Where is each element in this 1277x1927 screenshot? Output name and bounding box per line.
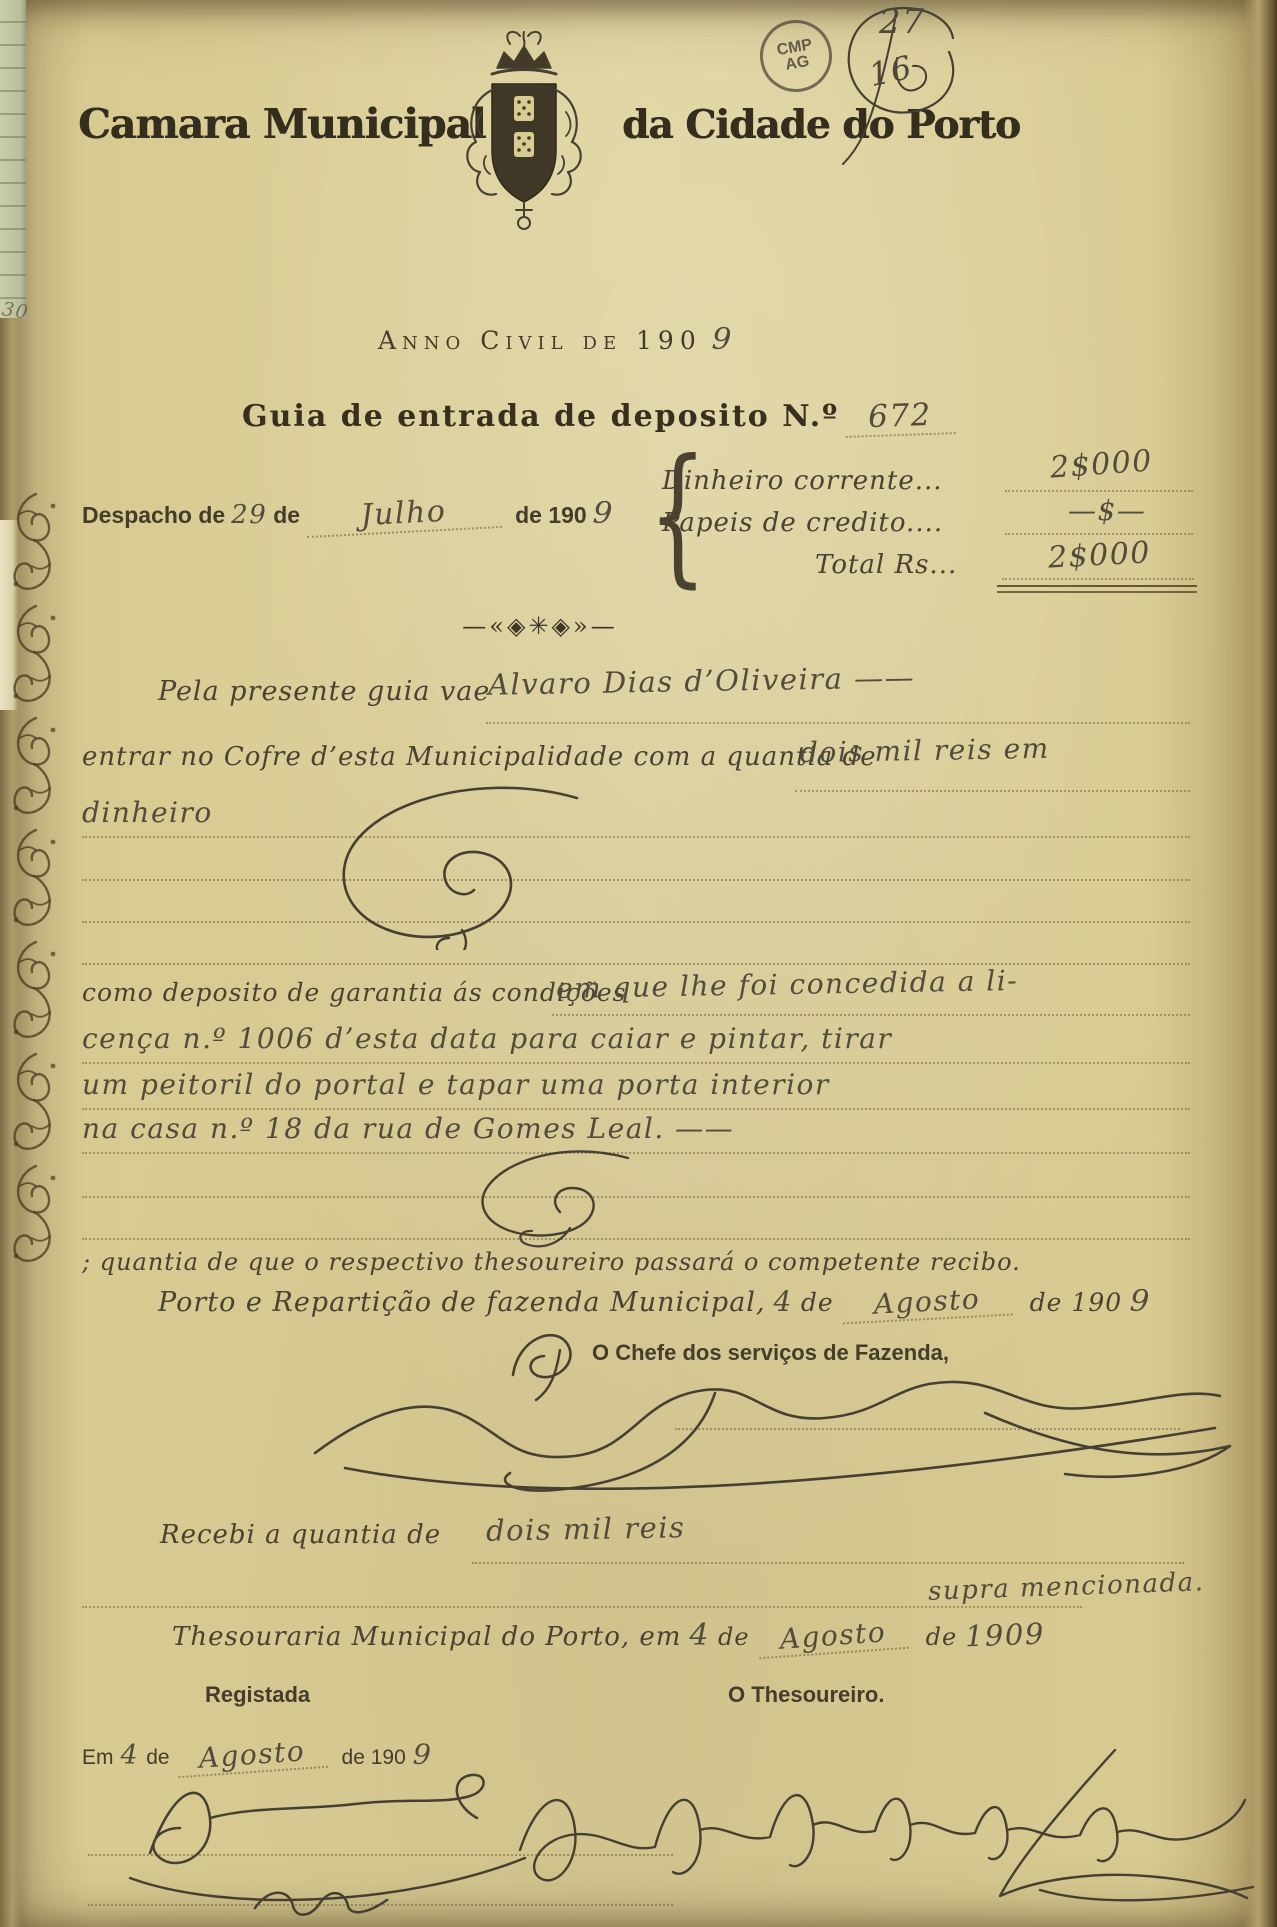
p1-printed-1: Pela presente guia vae (158, 676, 490, 707)
closing-flourish-1 (322, 780, 592, 950)
amount-label-dinheiro: Dinheiro corrente... (662, 466, 943, 496)
p2-dotted-line-3 (82, 1108, 1190, 1110)
p1-dotted-line-1 (486, 722, 1190, 724)
despacho-month-handwritten: Julho (305, 491, 502, 538)
chefe-label: O Chefe dos serviços de Fazenda, (592, 1340, 949, 1366)
amount-dotted-line-1 (1005, 490, 1193, 492)
scanned-document-page: 30 Camara Municipal (0, 0, 1277, 1927)
p1-amount2-handwritten: dinheiro (82, 796, 213, 829)
amount-value-dinheiro-handwritten: 2$000 (1049, 443, 1154, 485)
long-dotted-line (82, 1606, 1082, 1608)
blank-dotted-line-2 (82, 879, 1190, 881)
p1-amount-handwritten: dois mil reis em (800, 732, 1050, 769)
anno-civil-line: Anno Civil de 190 9 (378, 322, 732, 357)
thesouraria-month-handwritten: Agosto (757, 1614, 909, 1659)
place-date-year-handwritten: 9 (1129, 1283, 1152, 1319)
p2-hand-line-4: na casa n.º 18 da rua de Gomes Leal. —— (82, 1112, 734, 1145)
closing-sentence: ; quantia de que o respectivo thesoureir… (82, 1248, 1021, 1276)
place-date-day-handwritten: 4 (774, 1285, 793, 1318)
blank-dotted-line-3 (82, 921, 1190, 923)
place-date-line: Porto e Repartição de fazenda Municipal,… (158, 1284, 1151, 1320)
thesouraria-de-word: de (926, 1623, 958, 1651)
despacho-de190: de 190 (515, 502, 587, 529)
thesouraria-de: de (718, 1623, 750, 1651)
p2-hand-line-3: um peitoril do portal e tapar uma porta … (82, 1068, 830, 1101)
treasurer-signature (495, 1730, 1270, 1920)
place-date-de190: de 190 (1030, 1288, 1122, 1317)
p1-dotted-line-2 (795, 790, 1190, 792)
anno-civil-year-handwritten: 9 (711, 321, 734, 357)
registada-signature (105, 1758, 545, 1923)
despacho-de: de (273, 502, 300, 529)
supra-mencionada-handwritten: supra mencionada. (928, 1567, 1205, 1607)
header-title-left: Camara Municipal (78, 100, 486, 148)
amount-label-papeis: Papeis de credito.... (662, 508, 943, 538)
place-date-de: de (801, 1288, 834, 1317)
p2-printed: como deposito de garantia ás condições (82, 978, 627, 1007)
p2-dotted-line-2 (82, 1062, 1190, 1064)
thesouraria-day-handwritten: 4 (689, 1618, 710, 1653)
despacho-line: Despacho de 29 de Julho de 190 9 (82, 496, 613, 533)
amount-value-total-handwritten: 2$000 (1047, 535, 1152, 575)
guia-number-handwritten: 672 (845, 396, 956, 438)
p2-hand-line-1: em que lhe foi concedida a li- (556, 964, 1019, 1005)
floral-border-ornament-icon (4, 488, 62, 1278)
thesouraria-year-handwritten: 1909 (965, 1617, 1046, 1654)
thesouraria-line: Thesouraria Municipal do Porto, em 4 de … (172, 1618, 1045, 1654)
thesouraria-printed: Thesouraria Municipal do Porto, em (172, 1622, 681, 1652)
p1-name-handwritten: Alvaro Dias d’Oliveira —— (488, 660, 916, 701)
adjacent-sheet-edge (0, 0, 26, 318)
closing-flourish-2 (458, 1144, 648, 1249)
margin-note: 30 (1, 298, 31, 324)
folio-number: 27 (879, 2, 925, 42)
blank-dotted-line-1 (82, 836, 1190, 838)
anno-civil-printed: Anno Civil de 190 (378, 326, 702, 355)
p2-dotted-line-1 (552, 1014, 1190, 1016)
thesoureiro-label: O Thesoureiro. (728, 1682, 884, 1708)
p1-printed-2: entrar no Cofre d’esta Municipalidade co… (82, 742, 877, 772)
cmp-ag-stamp: CMP AG (754, 14, 837, 97)
despacho-label: Despacho de (82, 502, 225, 529)
guia-heading: Guia de entrada de deposito N.º 672 (242, 398, 955, 436)
receipt-amount-handwritten: dois mil reis (486, 1510, 686, 1547)
amount-dotted-line-2 (1005, 533, 1193, 535)
page-curl-shadow (1243, 0, 1277, 1927)
receipt-printed: Recebi a quantia de (160, 1520, 441, 1550)
despacho-year-handwritten: 9 (592, 495, 615, 531)
chefe-signature (285, 1368, 1245, 1503)
stamp-text-bottom: AG (784, 54, 810, 74)
registada-label: Registada (205, 1682, 310, 1708)
amount-label-total: Total Rs... (815, 550, 957, 580)
folio-mark: 27 16 (835, 0, 975, 170)
place-date-month-handwritten: Agosto (841, 1281, 1013, 1325)
place-date-printed: Porto e Repartição de fazenda Municipal, (158, 1287, 766, 1318)
divider-ornament-icon: —«◈✳◈»— (412, 612, 668, 640)
p2-hand-line-2: cença n.º 1006 d’esta data para caiar e … (82, 1022, 892, 1055)
blank-dotted-line-4 (82, 963, 1190, 965)
amount-dotted-line-3 (1002, 578, 1194, 580)
total-double-rule (997, 585, 1197, 593)
coat-of-arms-icon (452, 28, 597, 233)
despacho-day-handwritten: 29 (231, 500, 267, 530)
receipt-dotted-line (472, 1562, 1184, 1564)
guia-label: Guia de entrada de deposito N.º (242, 399, 839, 434)
amount-value-papeis-handwritten: —$— (1068, 494, 1146, 527)
